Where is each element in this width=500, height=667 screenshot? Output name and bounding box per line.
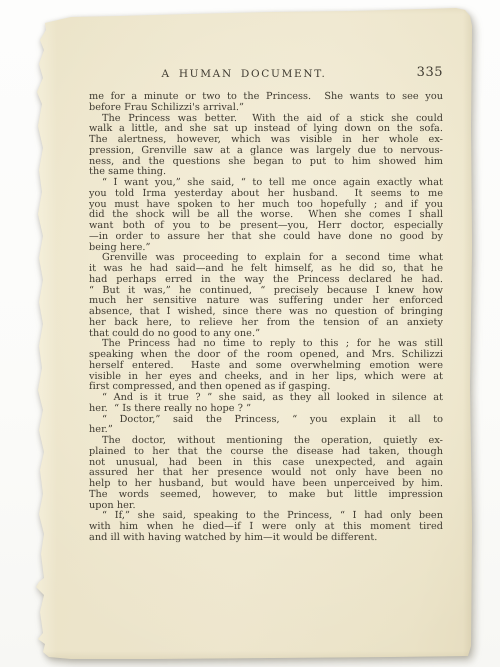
text-line: you told Irma yesterday about her husban… — [89, 189, 443, 200]
running-head: A HUMAN DOCUMENT. — [89, 68, 399, 80]
text-line: pression, Grenville saw at a glance was … — [89, 146, 443, 157]
text-line: “ Doctor,” said the Princess, “ you expl… — [89, 415, 443, 426]
text-block: me for a minute or two to the Princess. … — [89, 92, 443, 544]
text-line: —in order to assure her that she could h… — [89, 232, 443, 243]
text-line: before Frau Schilizzi's arrival.” — [89, 103, 443, 114]
photo-background: A HUMAN DOCUMENT. 335 me for a minute or… — [0, 0, 500, 667]
text-line: plained to her that the course the disea… — [89, 447, 443, 458]
text-line: had perhaps erred in the way the Princes… — [89, 275, 443, 286]
page-header: A HUMAN DOCUMENT. 335 — [89, 68, 443, 83]
book-page-shadow: A HUMAN DOCUMENT. 335 me for a minute or… — [31, 6, 473, 663]
page-number: 335 — [417, 65, 443, 80]
text-line: her back here, to relieve her from the t… — [89, 318, 443, 329]
book-page: A HUMAN DOCUMENT. 335 me for a minute or… — [31, 6, 473, 663]
text-line: and ill with having watched by him—it wo… — [89, 533, 443, 544]
text-line: herself entered. Haste and some overwhel… — [89, 361, 443, 372]
text-line: her. “ Is there really no hope ? ” — [89, 404, 443, 415]
text-line: The words seemed, however, to make but l… — [89, 490, 443, 501]
